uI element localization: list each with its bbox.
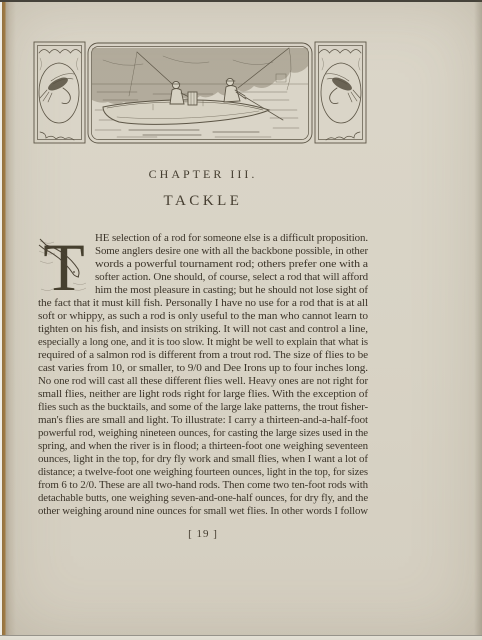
body-text-line: other weighing around nine ounces for sm… [38,505,368,518]
body-text-line: spring, and when the river is in flood; … [38,440,368,453]
body-text-line: No one rod will cast all these different… [38,375,368,388]
drop-cap-letter: T [43,233,85,296]
right-fly-panel-icon [315,42,366,143]
body-text-line: Some anglers desire one with all the bac… [95,245,368,258]
body-text-line: cast varies from 10, or smaller, to 9/0 … [38,362,368,375]
body-text-line: detachable butts, one weighing seven-and… [38,492,368,505]
body-text: T HE selection of a rod for someone else… [38,232,368,518]
page-number: [ 19 ] [38,528,368,540]
body-text-line: powerful rod, weighing nineteen ounces, … [38,427,368,440]
body-text-line: tighten on his fish, and insists on stri… [38,323,368,336]
body-text-line: distance; a twelve-foot one weighing fou… [38,466,368,479]
body-text-line: the fact that it must kill fish. Persona… [38,297,368,310]
body-text-line: from 6 to 2/0. These are all two-hand ro… [38,479,368,492]
header-illustration-canoe-fishing-icon [33,40,367,146]
canoe-scene-icon [88,43,312,143]
page-edge-top [0,0,482,2]
body-text-line: softer action. One should, of course, se… [95,271,368,284]
body-text-line: required of a salmon rod is different fr… [38,349,368,362]
body-text-line: flies such as the bucktails, and some of… [38,401,368,414]
body-text-line: small flies, neither are light rods righ… [38,388,368,401]
body-text-line: words a powerful tournament rod; others … [95,258,368,271]
body-text-line: ounces, light in the top, for dry fly wo… [38,453,368,466]
left-fly-panel-icon [34,42,85,143]
body-text-line: soft or whippy, as such a rod is only us… [38,310,368,323]
body-lines-full-width: the fact that it must kill fish. Persona… [38,297,368,518]
body-text-line: HE selection of a rod for someone else i… [95,232,368,245]
body-text-line: especially a long one, and it is too slo… [38,336,368,349]
book-page: CHAPTER III. TACKLE T HE selection of a … [0,0,482,640]
body-text-line: man's flies are small and light. To illu… [38,414,368,427]
page-edge-right [474,0,482,640]
page-edge-left [0,2,16,635]
body-text-line: him the most pleasure in casting; but he… [95,284,368,297]
chapter-heading: CHAPTER III. [38,167,368,182]
page-edge-bottom [0,635,482,640]
drop-cap-initial-icon: T [37,233,91,296]
chapter-title: TACKLE [38,193,368,210]
